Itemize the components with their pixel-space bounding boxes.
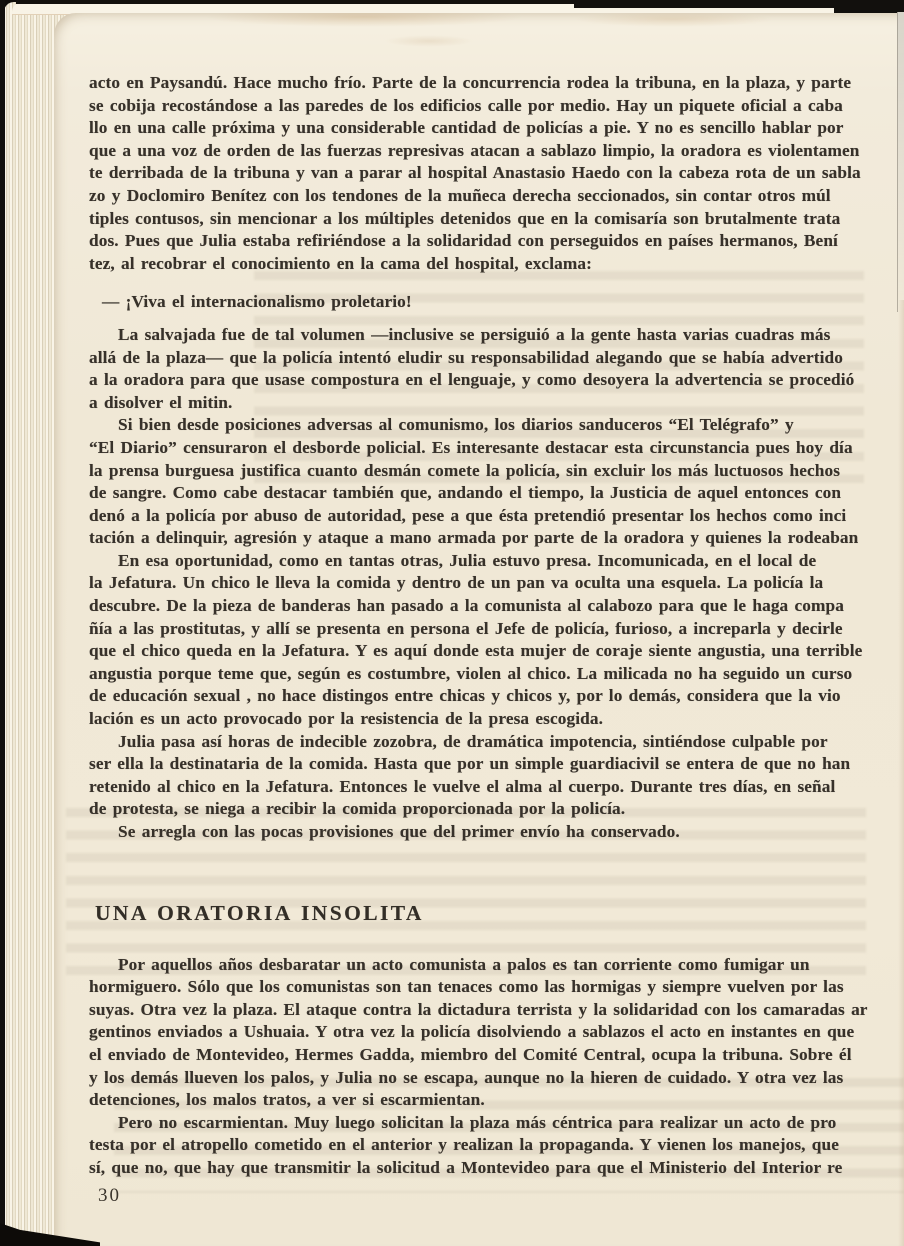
- book-cover-edge-left: [0, 0, 5, 1246]
- text-line: dos. Pues que Julia estaba refiriéndose …: [89, 230, 901, 253]
- text-line: denó a la policía por abuso de autoridad…: [89, 505, 901, 528]
- text-line: el enviado de Montevideo, Hermes Gadda, …: [89, 1044, 901, 1067]
- text-line: tez, al recobrar el conocimiento en la c…: [89, 253, 901, 276]
- page-number: 30: [98, 1185, 121, 1207]
- text-line: En esa oportunidad, como en tantas otras…: [89, 550, 901, 573]
- text-column: acto en Paysandú. Hace mucho frío. Parte…: [89, 72, 901, 1180]
- text-line: La salvajada fue de tal volumen —inclusi…: [89, 324, 901, 347]
- text-line: sí, que no, que hay que transmitir la so…: [89, 1157, 901, 1180]
- text-line: ñía a las prostitutas, y allí se present…: [89, 618, 901, 641]
- text-line: que a una voz de orden de las fuerzas re…: [89, 140, 901, 163]
- text-line: gentinos enviados a Ushuaia. Y otra vez …: [89, 1021, 901, 1044]
- page: acto en Paysandú. Hace mucho frío. Parte…: [54, 13, 904, 1246]
- text-line: Si bien desde posiciones adversas al com…: [89, 414, 901, 437]
- text-line: Por aquellos años desbaratar un acto com…: [89, 954, 901, 977]
- text-line: de protesta, se niega a recibir la comid…: [89, 798, 901, 821]
- page-stain: [384, 35, 474, 47]
- scanned-book-page: acto en Paysandú. Hace mucho frío. Parte…: [0, 0, 904, 1246]
- text-line: retenido al chico en la Jefatura. Entonc…: [89, 776, 901, 799]
- page-right-shadow: [898, 300, 904, 1246]
- text-line: “El Diario” censuraron el desborde polic…: [89, 437, 901, 460]
- text-line: acto en Paysandú. Hace mucho frío. Parte…: [89, 72, 901, 95]
- text-line: la prensa burguesa justifica cuanto desm…: [89, 460, 901, 483]
- text-line: detenciones, los malos tratos, a ver si …: [89, 1089, 901, 1112]
- text-line: zo y Doclomiro Benítez con los tendones …: [89, 185, 901, 208]
- text-line: de educación sexual , no hace distingos …: [89, 685, 901, 708]
- text-line: descubre. De la pieza de banderas han pa…: [89, 595, 901, 618]
- text-line: angustia porque teme que, según es costu…: [89, 663, 901, 686]
- scan-right-edge: [897, 12, 904, 312]
- text-line: — ¡Viva el internacionalismo proletario!: [89, 291, 901, 314]
- text-line: a la oradora para que usase compostura e…: [89, 369, 901, 392]
- text-line: te derribada de la tribuna y van a parar…: [89, 162, 901, 185]
- text-line: allá de la plaza— que la policía intentó…: [89, 347, 901, 370]
- text-line: tación a delinquir, agresión y ataque a …: [89, 527, 901, 550]
- text-line: hormiguero. Sólo que los comunistas son …: [89, 976, 901, 999]
- text-line: que el chico queda en la Jefatura. Y es …: [89, 640, 901, 663]
- page-stain: [574, 13, 774, 27]
- text-line: de sangre. Como cabe destacar también qu…: [89, 482, 901, 505]
- text-line: y los demás llueven los palos, y Julia n…: [89, 1067, 901, 1090]
- section-heading: UNA ORATORIA INSOLITA: [89, 900, 901, 926]
- text-line: lación es un acto provocado por la resis…: [89, 708, 901, 731]
- text-line: tiples contusos, sin mencionar a los múl…: [89, 208, 901, 231]
- text-line: llo en una calle próxima y una considera…: [89, 117, 901, 140]
- scan-top-border: [834, 0, 904, 13]
- text-line: la Jefatura. Un chico le lleva la comida…: [89, 572, 901, 595]
- text-line: testa por el atropello cometido en el an…: [89, 1134, 901, 1157]
- text-line: Pero no escarmientan. Muy luego solicita…: [89, 1112, 901, 1135]
- text-line: se cobija recostándose a las paredes de …: [89, 95, 901, 118]
- page-stain: [204, 13, 524, 27]
- text-line: Julia pasa así horas de indecible zozobr…: [89, 731, 901, 754]
- text-line: suyas. Otra vez la plaza. El ataque cont…: [89, 999, 901, 1022]
- text-line: a disolver el mitin.: [89, 392, 901, 415]
- text-line: ser ella la destinataria de la comida. H…: [89, 753, 901, 776]
- text-line: Se arregla con las pocas provisiones que…: [89, 821, 901, 844]
